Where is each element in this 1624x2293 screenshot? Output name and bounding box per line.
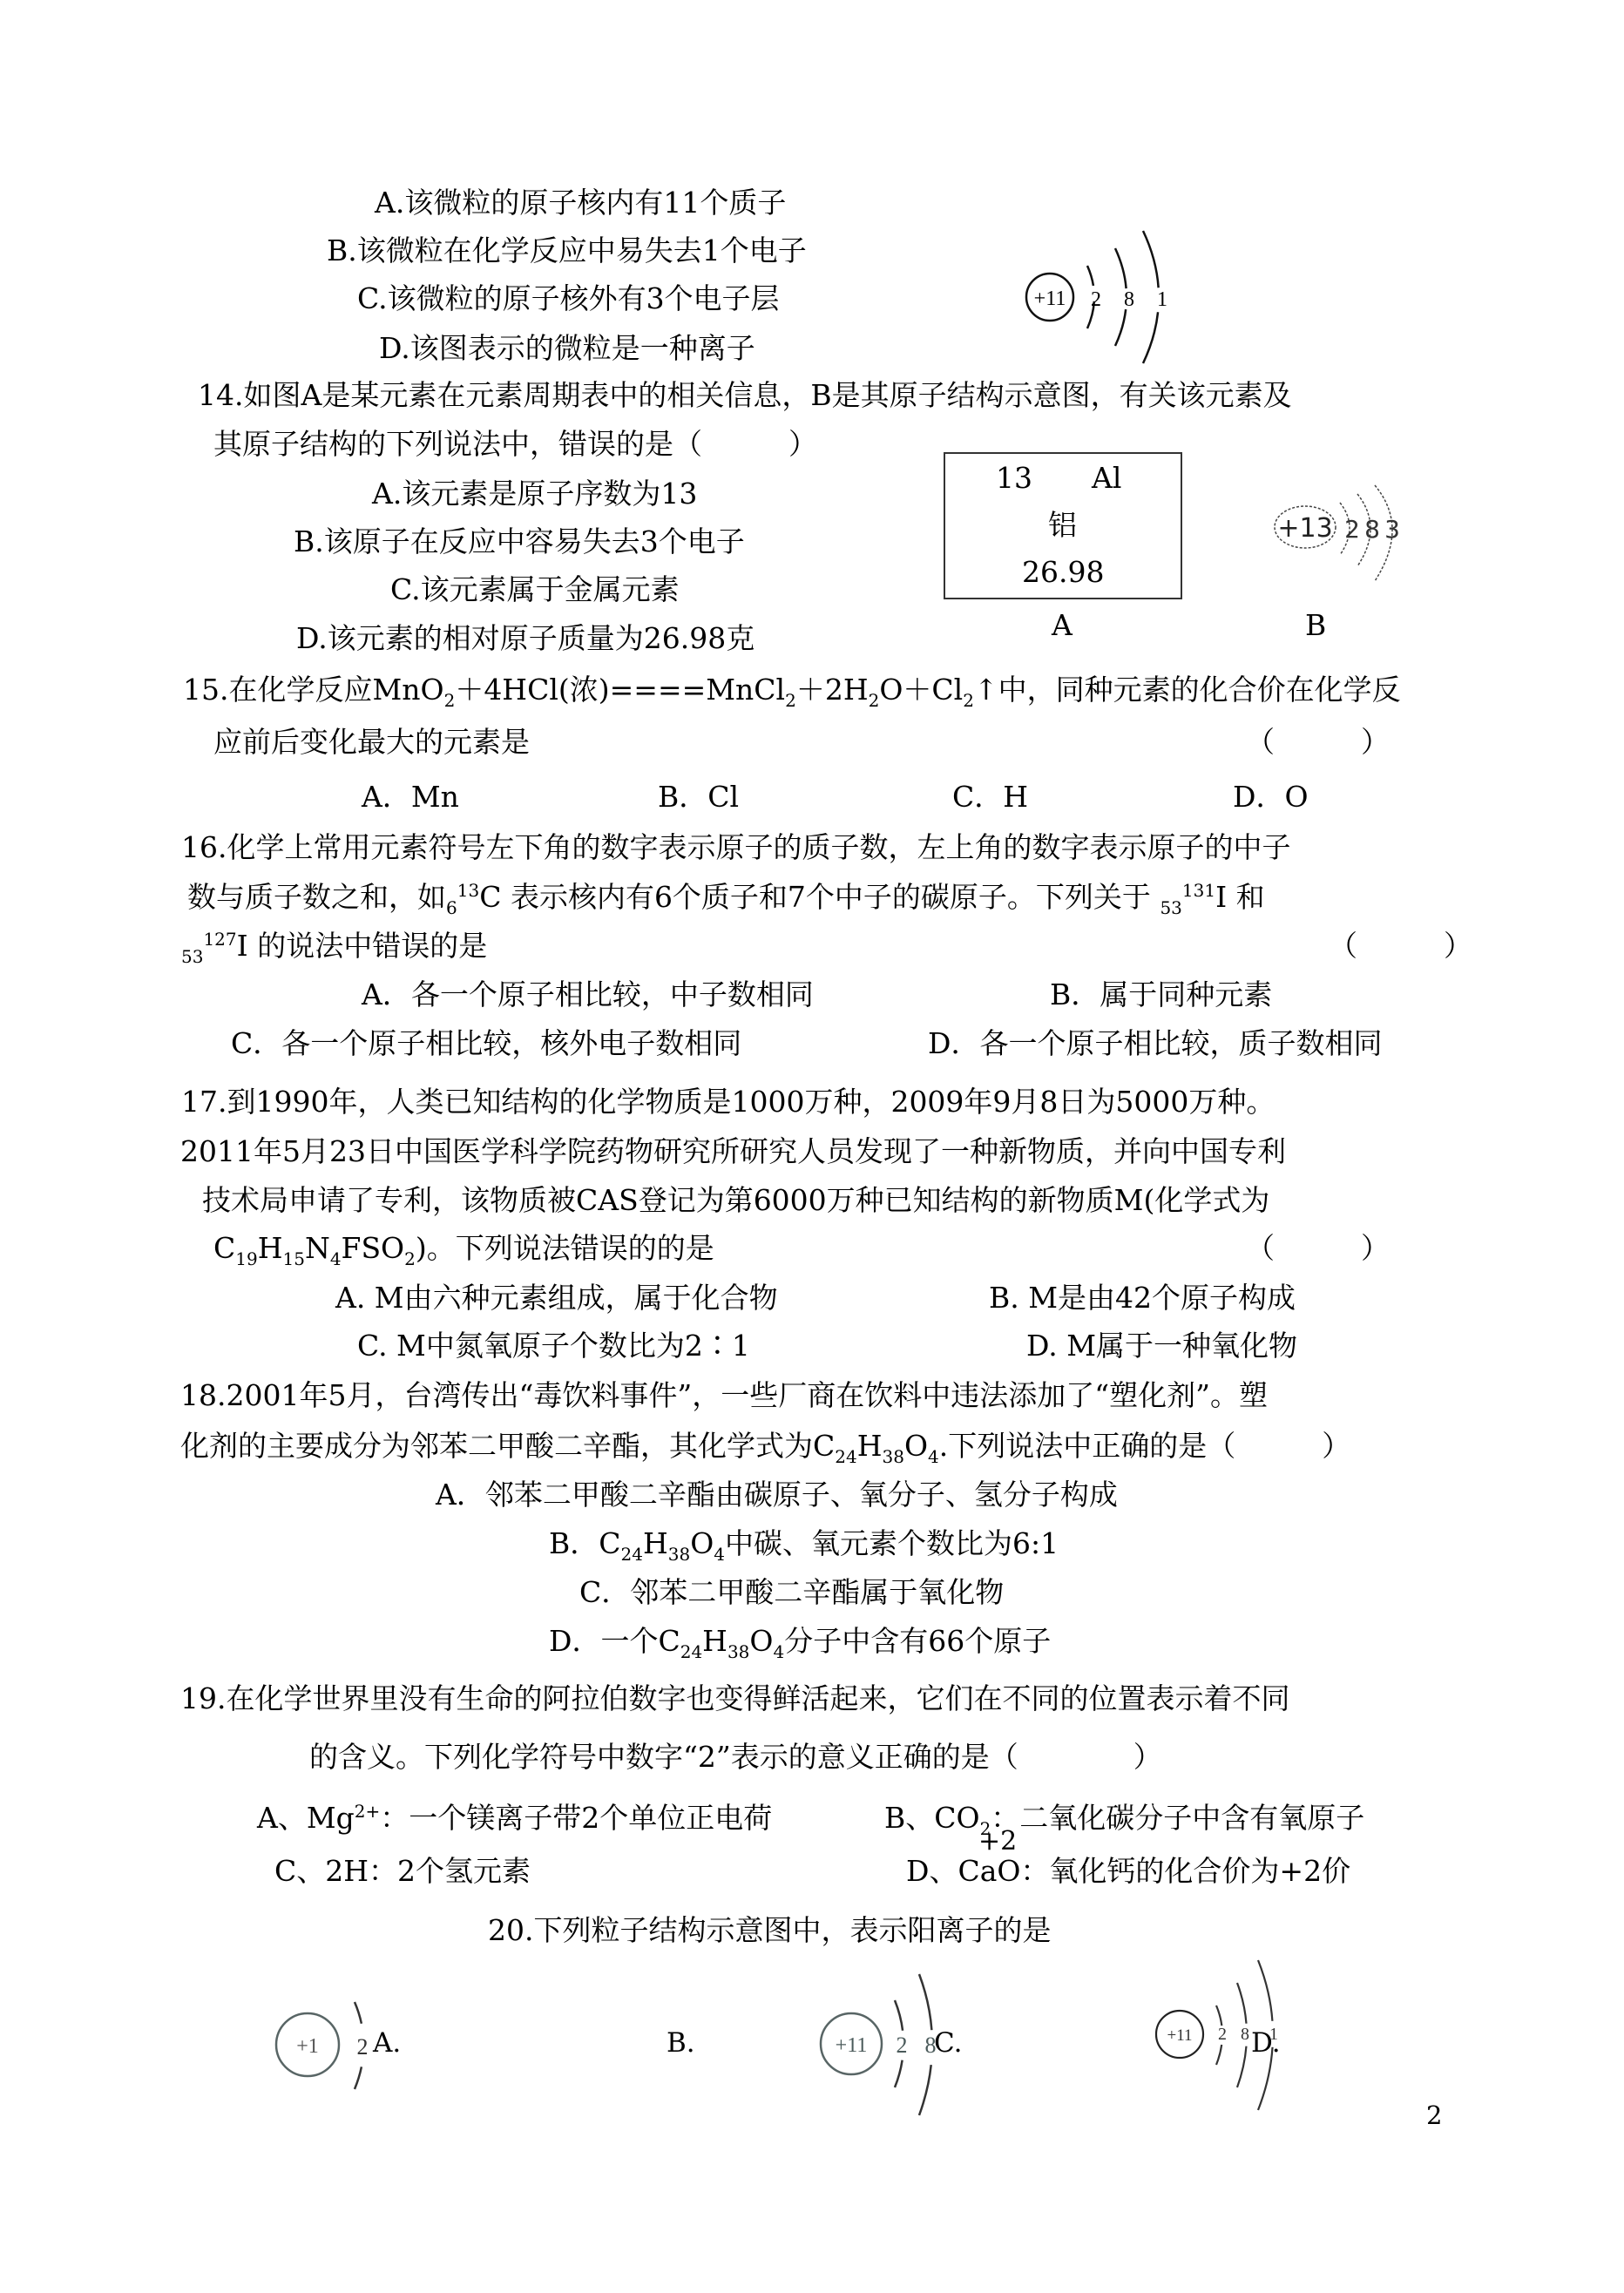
svg-text:2: 2	[1091, 288, 1101, 311]
q14-option-b: B.该原子在反应中容易失去3个电子	[294, 524, 745, 559]
q13-option-d: D.该图表示的微粒是一种离子	[379, 331, 755, 366]
q19-option-b: B、CO2：二氧化碳分子中含有氧原子	[884, 1801, 1364, 1836]
svg-text:2: 2	[1218, 2025, 1227, 2044]
q15-option-c: C．H	[952, 780, 1028, 815]
q16-answer-paren: （ ）	[1329, 929, 1472, 964]
q19-option-c: C、2H：2个氢元素	[274, 1854, 531, 1889]
q18-stem-line2: 化剂的主要成分为邻苯二甲酸二辛酯，其化学式为C24H38O4.下列说法中正确的是…	[180, 1429, 1350, 1464]
q15-option-a: A．Mn	[362, 780, 459, 815]
q20-option-a-label: A.	[373, 2026, 401, 2060]
q17-stem-line4: C19H15N4FSO2)。下列说法错误的的是	[213, 1231, 714, 1266]
svg-text:2: 2	[897, 2033, 908, 2058]
q14-atom-diagram: +13 2 8 3	[1272, 484, 1420, 597]
svg-text:8: 8	[1364, 515, 1380, 544]
q20-a-nucleus: +1	[296, 2035, 319, 2058]
q18-option-a: A．邻苯二甲酸二辛酯由碳原子、氧分子、氢分子构成	[436, 1478, 1118, 1512]
q13-nucleus-label: +11	[1034, 287, 1066, 310]
q13-atom-diagram: +11 2 8 1	[1011, 222, 1185, 370]
q13-option-a: A.该微粒的原子核内有11个质子	[375, 186, 786, 220]
q18-option-b: B．C24H38O4中碳、氧元素个数比为6:1	[549, 1526, 1059, 1561]
svg-text:2: 2	[1344, 515, 1360, 544]
q19-option-a: A、Mg2+：一个镁离子带2个单位正电荷	[257, 1801, 772, 1836]
q20-option-c-diagram: +11 2 8	[815, 1971, 945, 2119]
q18-option-c: C．邻苯二甲酸二辛酯属于氧化物	[579, 1575, 1004, 1610]
q20-option-a-diagram: +1 2	[270, 1995, 375, 2091]
page-number: 2	[1426, 2098, 1442, 2133]
q14-option-d: D.该元素的相对原子质量为26.98克	[296, 621, 754, 656]
q15-option-d: D．O	[1233, 780, 1309, 815]
q14-option-c: C.该元素属于金属元素	[390, 572, 680, 607]
q17-stem-line1: 17.到1990年，人类已知结构的化学物质是1000万种，2009年9月8日为5…	[181, 1085, 1275, 1119]
q13-option-b: B.该微粒在化学反应中易失去1个电子	[327, 233, 807, 268]
figure-a-label: A	[1052, 608, 1073, 643]
q18-option-d: D．一个C24H38O4分子中含有66个原子	[549, 1624, 1051, 1659]
q16-option-b: B．属于同种元素	[1050, 977, 1272, 1012]
q16-option-c: C．各一个原子相比较，核外电子数相同	[231, 1026, 741, 1061]
svg-text:8: 8	[1241, 2025, 1249, 2044]
q15-answer-paren: （ ）	[1246, 725, 1390, 760]
q17-option-c: C. M中氮氧原子个数比为2∶1	[357, 1329, 750, 1363]
element-symbol: Al	[1092, 461, 1121, 496]
q16-option-d: D．各一个原子相比较，质子数相同	[928, 1026, 1382, 1061]
q19-stem-line1: 19.在化学世界里没有生命的阿拉伯数字也变得鲜活起来，它们在不同的位置表示着不同	[180, 1681, 1289, 1716]
q17-answer-paren: （ ）	[1246, 1231, 1390, 1266]
periodic-table-cell: 13 Al 铝 26.98	[944, 452, 1182, 599]
svg-text:2: 2	[357, 2034, 369, 2060]
q19-option-d: D、CaO：氧化钙的化合价为+2价	[906, 1854, 1350, 1889]
q15-stem-line1: 15.在化学反应MnO2＋4HCl(浓)====MnCl2＋2H2O＋Cl2↑中…	[183, 673, 1401, 707]
q17-stem-line2: 2011年5月23日中国医学科学院药物研究所研究人员发现了一种新物质，并向中国专…	[180, 1134, 1286, 1169]
q16-stem-line3: 53127I 的说法中错误的是	[181, 929, 487, 964]
svg-text:3: 3	[1384, 515, 1400, 544]
q13-option-c: C.该微粒的原子核外有3个电子层	[357, 281, 780, 316]
element-name: 铝	[1048, 508, 1077, 543]
q20-stem: 20.下列粒子结构示意图中，表示阳离子的是	[488, 1913, 1051, 1948]
q20-option-b-label: B.	[667, 2026, 695, 2060]
q15-option-b: B．Cl	[658, 780, 739, 815]
q15-stem-line2: 应前后变化最大的元素是	[213, 725, 530, 760]
q14-stem-line1: 14.如图A是某元素在元素周期表中的相关信息，B是其原子结构示意图，有关该元素及	[198, 378, 1292, 413]
q17-stem-line3: 技术局申请了专利，该物质被CAS登记为第6000万种已知结构的新物质M(化学式为	[202, 1183, 1269, 1218]
q17-option-a: A. M由六种元素组成，属于化合物	[335, 1281, 778, 1316]
svg-text:8: 8	[1124, 288, 1134, 311]
atomic-mass: 26.98	[1022, 555, 1104, 590]
q16-stem-line1: 16.化学上常用元素符号左下角的数字表示原子的质子数，左上角的数字表示原子的中子	[181, 830, 1290, 865]
exam-page: A.该微粒的原子核内有11个质子 B.该微粒在化学反应中易失去1个电子 C.该微…	[0, 0, 1624, 2293]
q17-option-d: D. M属于一种氧化物	[1026, 1329, 1297, 1363]
atomic-number: 13	[996, 461, 1032, 496]
q16-stem-line2: 数与质子数之和，如613C 表示核内有6个质子和7个中子的碳原子。下列关于 53…	[187, 880, 1265, 915]
q17-option-b: B. M是由42个原子构成	[989, 1281, 1296, 1316]
q20-option-c-label: C.	[934, 2026, 962, 2060]
q14-option-a: A.该元素是原子序数为13	[372, 477, 697, 511]
q16-option-a: A．各一个原子相比较，中子数相同	[362, 977, 814, 1012]
q19-stem-line2: 的含义。下列化学符号中数字“2”表示的意义正确的是（ ）	[309, 1740, 1162, 1775]
q20-c-nucleus: +11	[836, 2034, 868, 2057]
q18-stem-line1: 18.2001年5月，台湾传出“毒饮料事件”，一些厂商在饮料中违法添加了“塑化剂…	[180, 1378, 1268, 1413]
figure-b-label: B	[1305, 608, 1326, 643]
q20-option-d-label: D.	[1251, 2026, 1281, 2060]
q14-stem-line2: 其原子结构的下列说法中，错误的是（ ）	[213, 427, 817, 462]
q20-d-nucleus: +11	[1167, 2026, 1192, 2045]
svg-text:1: 1	[1157, 288, 1167, 311]
q14-nucleus-label: +13	[1277, 513, 1332, 544]
